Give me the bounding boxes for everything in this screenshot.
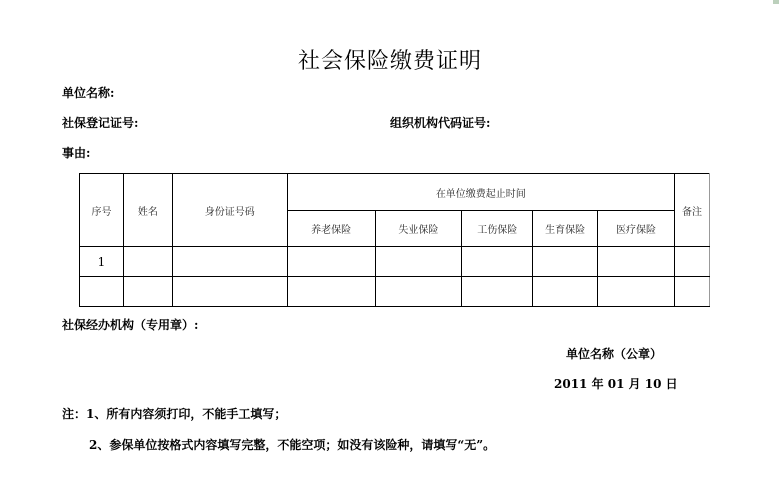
cell-medical[interactable] xyxy=(598,277,675,307)
cell-name[interactable] xyxy=(123,247,172,277)
payment-table: 序号 姓名 身份证号码 在单位缴费起止时间 备注 养老保险 失业保险 工伤保险 … xyxy=(79,173,710,307)
cell-medical[interactable] xyxy=(598,247,675,277)
header-name: 姓名 xyxy=(123,174,172,247)
cell-pension[interactable] xyxy=(287,277,375,307)
cell-injury[interactable] xyxy=(462,277,533,307)
agency-seal-label: 社保经办机构（专用章）: xyxy=(62,316,198,333)
table-row: 1 xyxy=(80,247,710,277)
document-date: 2011 年 01 月 10 日 xyxy=(554,375,678,392)
header-period-group: 在单位缴费起止时间 xyxy=(287,174,674,211)
cell-pension[interactable] xyxy=(287,247,375,277)
header-id-no: 身份证号码 xyxy=(172,174,287,247)
cell-maternity[interactable] xyxy=(533,277,598,307)
table-row xyxy=(80,277,710,307)
cell-remarks[interactable] xyxy=(674,247,709,277)
cell-seq[interactable]: 1 xyxy=(80,247,124,277)
header-pension: 养老保险 xyxy=(287,211,375,247)
unit-seal-label: 单位名称（公章） xyxy=(566,345,662,362)
reason-label: 事由: xyxy=(62,144,90,161)
cell-unemployment[interactable] xyxy=(375,247,462,277)
header-medical: 医疗保险 xyxy=(598,211,675,247)
header-maternity: 生育保险 xyxy=(533,211,598,247)
cell-seq[interactable] xyxy=(80,277,124,307)
unit-name-label: 单位名称: xyxy=(62,84,114,101)
cell-id-no[interactable] xyxy=(172,247,287,277)
note-1: 注：1、所有内容须打印，不能手工填写； xyxy=(62,405,286,422)
corner-mark xyxy=(773,0,779,4)
cell-name[interactable] xyxy=(123,277,172,307)
cell-unemployment[interactable] xyxy=(375,277,462,307)
header-unemployment: 失业保险 xyxy=(375,211,462,247)
cell-remarks[interactable] xyxy=(674,277,709,307)
header-injury: 工伤保险 xyxy=(462,211,533,247)
header-remarks: 备注 xyxy=(674,174,709,247)
cell-maternity[interactable] xyxy=(533,247,598,277)
note-2: 2、参保单位按格式内容填写完整，不能空项；如没有该险种，请填写“无”。 xyxy=(89,436,495,453)
org-code-no-label: 组织机构代码证号: xyxy=(390,114,490,131)
cell-injury[interactable] xyxy=(462,247,533,277)
social-reg-no-label: 社保登记证号: xyxy=(62,114,138,131)
header-seq: 序号 xyxy=(80,174,124,247)
cell-id-no[interactable] xyxy=(172,277,287,307)
document-title: 社会保险缴费证明 xyxy=(0,44,780,75)
